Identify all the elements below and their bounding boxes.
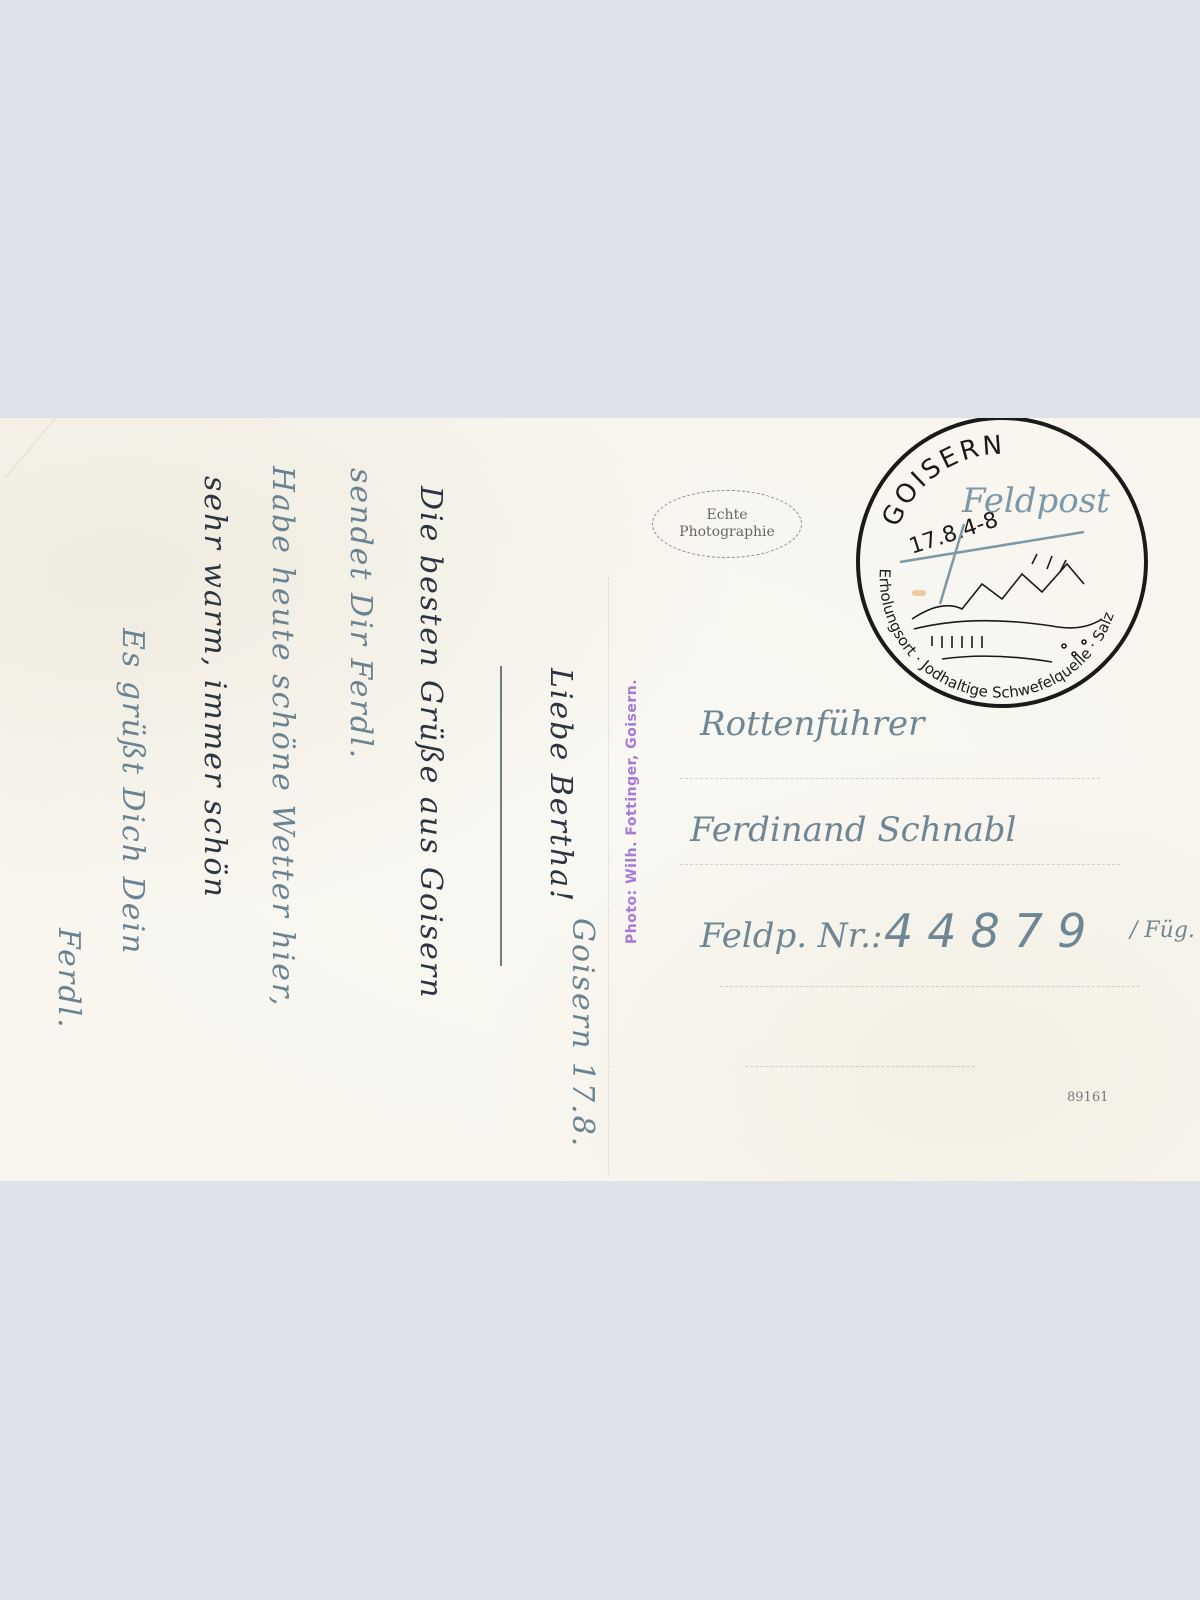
- message-line-2: sendet Dir Ferdl.: [343, 468, 378, 760]
- message-line-4: sehr warm, immer schön: [197, 476, 232, 899]
- address-rule-4: [745, 1066, 975, 1067]
- photo-credit-imprint: Photo: Wilh. Fottinger, Goisern.: [624, 679, 640, 944]
- postmark-overwrite: Feldpost: [961, 481, 1110, 521]
- message-heading: Liebe Bertha!: [543, 668, 578, 903]
- message-line-3: Habe heute schöne Wetter hier,: [265, 466, 300, 1008]
- oval-line-2: Photographie: [679, 524, 775, 541]
- goisern-postmark: GOISERN Erholungsort · Jodhaltige Schwef…: [852, 418, 1152, 710]
- paper-crease: [5, 418, 146, 478]
- fieldpost-number: 44879: [884, 904, 1100, 958]
- address-rule-1: [680, 778, 1100, 779]
- address-line-1: Rottenführer: [700, 704, 924, 744]
- address-rule-2: [680, 864, 1120, 865]
- message-line-1: Die besten Grüße aus Goisern: [413, 486, 448, 1000]
- center-separator: [608, 578, 609, 1178]
- address-line-3-label: Feldp. Nr.:: [700, 916, 882, 956]
- message-divider-line: [500, 666, 502, 966]
- echte-photographie-oval: Echte Photographie: [652, 490, 802, 558]
- address-rule-3: [720, 986, 1140, 987]
- postmark-icon: GOISERN Erholungsort · Jodhaltige Schwef…: [852, 418, 1152, 710]
- paper-stain: [912, 590, 926, 596]
- address-line-2: Ferdinand Schnabl: [690, 810, 1016, 850]
- address-line-3-suffix: / Füg.: [1130, 918, 1195, 943]
- oval-line-1: Echte: [707, 507, 748, 524]
- message-line-6: Ferdl.: [51, 928, 86, 1030]
- message-line-5: Es grüßt Dich Dein: [115, 628, 150, 955]
- card-number: 89161: [1067, 1090, 1108, 1105]
- message-place-date: Goisern 17.8.: [565, 918, 600, 1148]
- postcard-back: Die besten Grüße aus Goisern sendet Dir …: [0, 418, 1200, 1181]
